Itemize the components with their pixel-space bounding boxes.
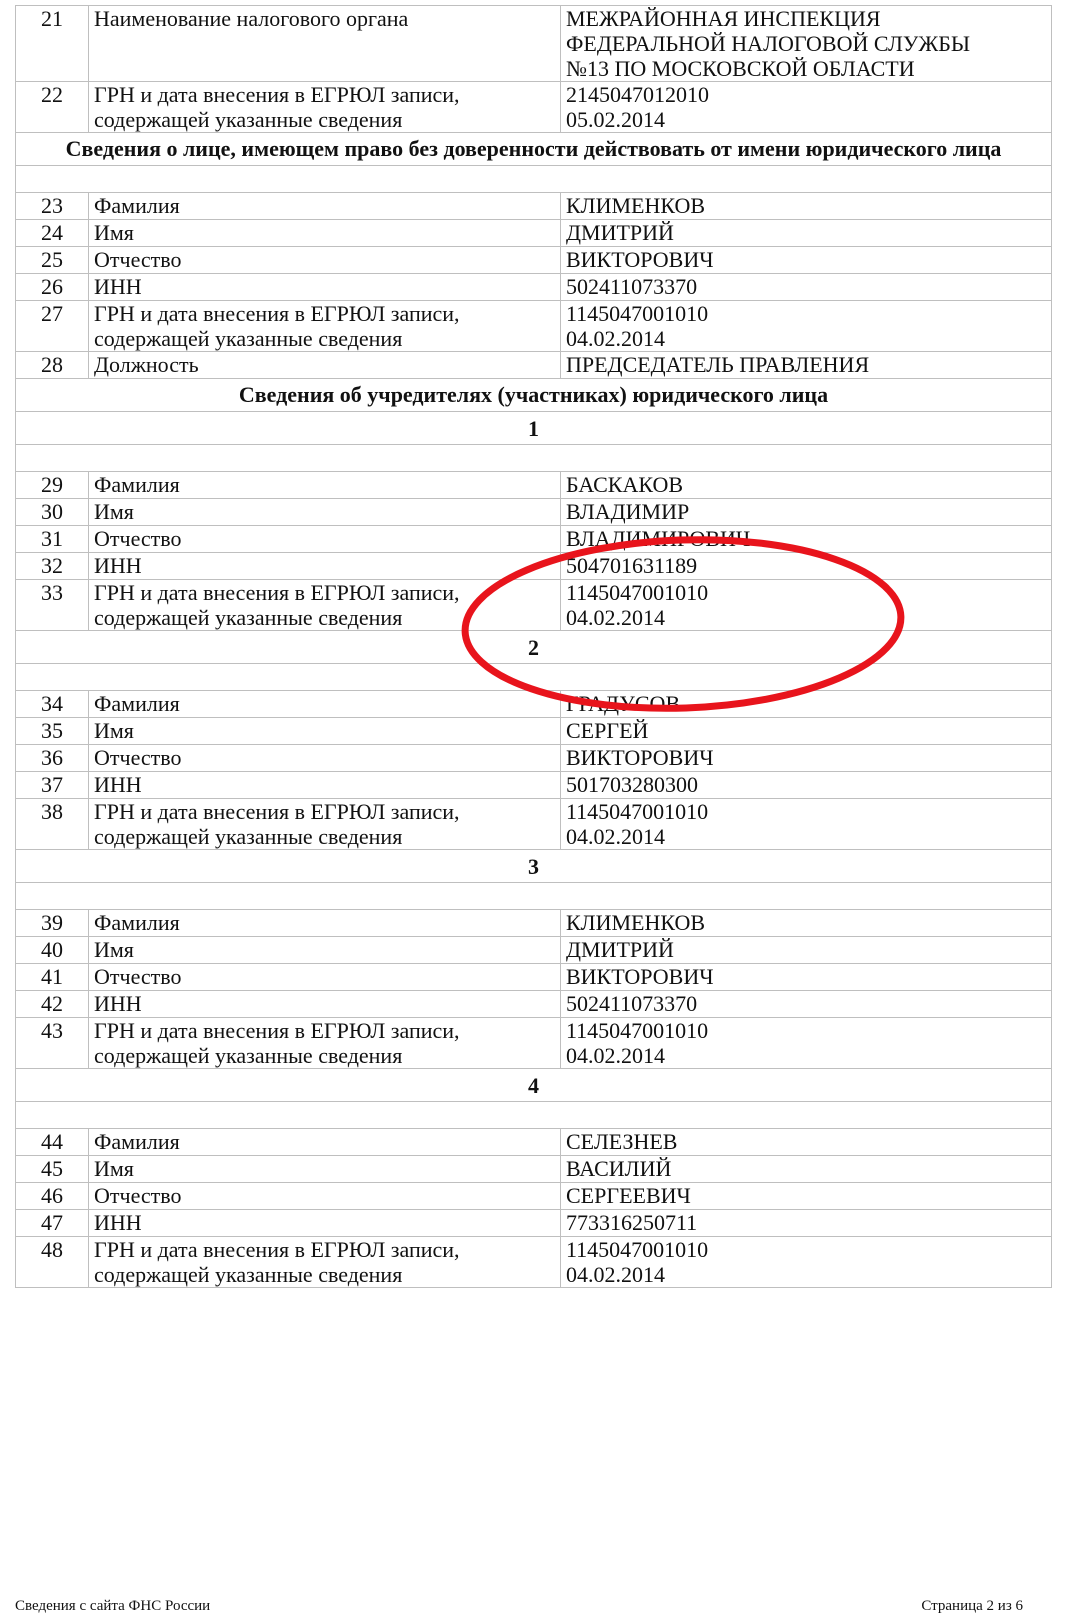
field-value-line: 1145047001010 — [566, 1237, 1046, 1262]
table-row: 36ОтчествоВИКТОРОВИЧ — [16, 745, 1052, 772]
field-value-line: 1145047001010 — [566, 580, 1046, 605]
field-label: ГРН и дата внесения в ЕГРЮЛ записи, соде… — [89, 580, 561, 631]
field-value: СЕЛЕЗНЕВ — [561, 1129, 1052, 1156]
row-number: 36 — [16, 745, 89, 772]
field-label: Отчество — [89, 1183, 561, 1210]
founder-index: 4 — [16, 1069, 1052, 1102]
field-value: СЕРГЕЙ — [561, 718, 1052, 745]
field-value-line: БАСКАКОВ — [566, 472, 1046, 497]
field-label: Наименование налогового органа — [89, 6, 561, 82]
table-row: 41ОтчествоВИКТОРОВИЧ — [16, 964, 1052, 991]
table-row: 24ИмяДМИТРИЙ — [16, 220, 1052, 247]
row-number: 38 — [16, 799, 89, 850]
field-label: ИНН — [89, 553, 561, 580]
row-number: 26 — [16, 274, 89, 301]
field-label: Отчество — [89, 964, 561, 991]
table-row: 27ГРН и дата внесения в ЕГРЮЛ записи, со… — [16, 301, 1052, 352]
founder-index-row: 1 — [16, 412, 1052, 445]
field-value-line: ВИКТОРОВИЧ — [566, 745, 1046, 770]
field-value-line: ФЕДЕРАЛЬНОЙ НАЛОГОВОЙ СЛУЖБЫ — [566, 31, 1046, 56]
field-label: Фамилия — [89, 691, 561, 718]
row-number: 22 — [16, 82, 89, 133]
field-label: Имя — [89, 499, 561, 526]
field-label: ИНН — [89, 772, 561, 799]
row-number: 46 — [16, 1183, 89, 1210]
blank-spacer-row — [16, 883, 1052, 910]
row-number: 37 — [16, 772, 89, 799]
blank-spacer-row — [16, 166, 1052, 193]
row-number: 41 — [16, 964, 89, 991]
field-value-line: ВИКТОРОВИЧ — [566, 247, 1046, 272]
field-label: Имя — [89, 718, 561, 745]
field-value: ПРЕДСЕДАТЕЛЬ ПРАВЛЕНИЯ — [561, 352, 1052, 379]
row-number: 39 — [16, 910, 89, 937]
field-label: ГРН и дата внесения в ЕГРЮЛ записи, соде… — [89, 799, 561, 850]
row-number: 27 — [16, 301, 89, 352]
table-row: 37ИНН501703280300 — [16, 772, 1052, 799]
field-label: ИНН — [89, 1210, 561, 1237]
field-value-line: 501703280300 — [566, 772, 1046, 797]
field-label: Имя — [89, 937, 561, 964]
blank-spacer — [16, 445, 1052, 472]
section-title-founders-row: Сведения об учредителях (участниках) юри… — [16, 379, 1052, 412]
field-value: ВЛАДИМИРОВИЧ — [561, 526, 1052, 553]
row-number: 35 — [16, 718, 89, 745]
row-number: 31 — [16, 526, 89, 553]
field-label: Фамилия — [89, 193, 561, 220]
field-value-line: 04.02.2014 — [566, 1043, 1046, 1068]
footer-source: Сведения с сайта ФНС России — [15, 1598, 210, 1615]
field-label: Фамилия — [89, 910, 561, 937]
blank-spacer — [16, 166, 1052, 193]
row-number: 47 — [16, 1210, 89, 1237]
founder-index-row: 4 — [16, 1069, 1052, 1102]
field-value: ГРАДУСОВ — [561, 691, 1052, 718]
field-label: ИНН — [89, 274, 561, 301]
field-label: ГРН и дата внесения в ЕГРЮЛ записи, соде… — [89, 1237, 561, 1288]
table-row: 48ГРН и дата внесения в ЕГРЮЛ записи, со… — [16, 1237, 1052, 1288]
field-value-line: 04.02.2014 — [566, 1262, 1046, 1287]
field-label: Имя — [89, 1156, 561, 1183]
egrul-extract-page: 21Наименование налогового органаМЕЖРАЙОН… — [15, 5, 1051, 1288]
field-value-line: КЛИМЕНКОВ — [566, 193, 1046, 218]
field-value: ВИКТОРОВИЧ — [561, 745, 1052, 772]
field-value: 114504700101004.02.2014 — [561, 799, 1052, 850]
table-row: 35ИмяСЕРГЕЙ — [16, 718, 1052, 745]
field-value-line: 1145047001010 — [566, 799, 1046, 824]
founder-index: 2 — [16, 631, 1052, 664]
blank-spacer — [16, 1102, 1052, 1129]
row-number: 45 — [16, 1156, 89, 1183]
table-row: 22ГРН и дата внесения в ЕГРЮЛ записи, со… — [16, 82, 1052, 133]
table-row: 23ФамилияКЛИМЕНКОВ — [16, 193, 1052, 220]
field-value-line: СЕРГЕЕВИЧ — [566, 1183, 1046, 1208]
egrul-table-body: 21Наименование налогового органаМЕЖРАЙОН… — [16, 6, 1052, 1288]
field-value: КЛИМЕНКОВ — [561, 193, 1052, 220]
footer-page-number: Страница 2 из 6 — [921, 1598, 1023, 1615]
field-value-line: 04.02.2014 — [566, 605, 1046, 630]
table-row: 25ОтчествоВИКТОРОВИЧ — [16, 247, 1052, 274]
field-value: 504701631189 — [561, 553, 1052, 580]
table-row: 40ИмяДМИТРИЙ — [16, 937, 1052, 964]
field-value-line: 504701631189 — [566, 553, 1046, 578]
row-number: 48 — [16, 1237, 89, 1288]
field-value-line: 1145047001010 — [566, 301, 1046, 326]
founder-index: 3 — [16, 850, 1052, 883]
field-label: Должность — [89, 352, 561, 379]
table-row: 38ГРН и дата внесения в ЕГРЮЛ записи, со… — [16, 799, 1052, 850]
field-value-line: 04.02.2014 — [566, 824, 1046, 849]
field-value: 114504700101004.02.2014 — [561, 301, 1052, 352]
field-label: Отчество — [89, 247, 561, 274]
field-label: Фамилия — [89, 472, 561, 499]
row-number: 24 — [16, 220, 89, 247]
table-row: 45ИмяВАСИЛИЙ — [16, 1156, 1052, 1183]
field-value-line: ДМИТРИЙ — [566, 220, 1046, 245]
founder-index-row: 2 — [16, 631, 1052, 664]
field-value-line: 773316250711 — [566, 1210, 1046, 1235]
field-value-line: ДМИТРИЙ — [566, 937, 1046, 962]
field-value-line: ВЛАДИМИРОВИЧ — [566, 526, 1046, 551]
field-value: ВЛАДИМИР — [561, 499, 1052, 526]
table-row: 33ГРН и дата внесения в ЕГРЮЛ записи, со… — [16, 580, 1052, 631]
field-value: МЕЖРАЙОННАЯ ИНСПЕКЦИЯФЕДЕРАЛЬНОЙ НАЛОГОВ… — [561, 6, 1052, 82]
field-value: ДМИТРИЙ — [561, 220, 1052, 247]
field-value: КЛИМЕНКОВ — [561, 910, 1052, 937]
table-row: 28ДолжностьПРЕДСЕДАТЕЛЬ ПРАВЛЕНИЯ — [16, 352, 1052, 379]
field-value: 114504700101004.02.2014 — [561, 1018, 1052, 1069]
table-row: 39ФамилияКЛИМЕНКОВ — [16, 910, 1052, 937]
field-label: ИНН — [89, 991, 561, 1018]
field-value-line: ВАСИЛИЙ — [566, 1156, 1046, 1181]
field-value: ВИКТОРОВИЧ — [561, 964, 1052, 991]
field-value-line: №13 ПО МОСКОВСКОЙ ОБЛАСТИ — [566, 56, 1046, 81]
table-row: 31ОтчествоВЛАДИМИРОВИЧ — [16, 526, 1052, 553]
field-value: 501703280300 — [561, 772, 1052, 799]
field-value: 502411073370 — [561, 274, 1052, 301]
table-row: 46ОтчествоСЕРГЕЕВИЧ — [16, 1183, 1052, 1210]
blank-spacer — [16, 883, 1052, 910]
field-value-line: СЕРГЕЙ — [566, 718, 1046, 743]
founder-index-row: 3 — [16, 850, 1052, 883]
row-number: 34 — [16, 691, 89, 718]
field-value: 773316250711 — [561, 1210, 1052, 1237]
field-value-line: ПРЕДСЕДАТЕЛЬ ПРАВЛЕНИЯ — [566, 352, 1046, 377]
table-row: 34ФамилияГРАДУСОВ — [16, 691, 1052, 718]
field-value-line: 502411073370 — [566, 274, 1046, 299]
blank-spacer-row — [16, 1102, 1052, 1129]
field-value-line: 04.02.2014 — [566, 326, 1046, 351]
row-number: 29 — [16, 472, 89, 499]
row-number: 33 — [16, 580, 89, 631]
field-value-line: 502411073370 — [566, 991, 1046, 1016]
field-value: СЕРГЕЕВИЧ — [561, 1183, 1052, 1210]
founder-index: 1 — [16, 412, 1052, 445]
field-label: ГРН и дата внесения в ЕГРЮЛ записи, соде… — [89, 82, 561, 133]
field-value: 114504700101004.02.2014 — [561, 1237, 1052, 1288]
table-row: 43ГРН и дата внесения в ЕГРЮЛ записи, со… — [16, 1018, 1052, 1069]
field-value-line: 1145047001010 — [566, 1018, 1046, 1043]
table-row: 44ФамилияСЕЛЕЗНЕВ — [16, 1129, 1052, 1156]
row-number: 44 — [16, 1129, 89, 1156]
table-row: 21Наименование налогового органаМЕЖРАЙОН… — [16, 6, 1052, 82]
blank-spacer — [16, 664, 1052, 691]
field-value-line: ВИКТОРОВИЧ — [566, 964, 1046, 989]
field-value: 502411073370 — [561, 991, 1052, 1018]
field-value: 214504701201005.02.2014 — [561, 82, 1052, 133]
field-value: БАСКАКОВ — [561, 472, 1052, 499]
blank-spacer-row — [16, 664, 1052, 691]
field-label: Имя — [89, 220, 561, 247]
table-row: 42ИНН502411073370 — [16, 991, 1052, 1018]
field-label: Отчество — [89, 526, 561, 553]
field-value-line: ВЛАДИМИР — [566, 499, 1046, 524]
row-number: 32 — [16, 553, 89, 580]
row-number: 30 — [16, 499, 89, 526]
blank-spacer-row — [16, 445, 1052, 472]
table-row: 26ИНН502411073370 — [16, 274, 1052, 301]
row-number: 23 — [16, 193, 89, 220]
row-number: 28 — [16, 352, 89, 379]
field-value-line: МЕЖРАЙОННАЯ ИНСПЕКЦИЯ — [566, 6, 1046, 31]
section-title-founders: Сведения об учредителях (участниках) юри… — [16, 379, 1052, 412]
row-number: 43 — [16, 1018, 89, 1069]
field-value-line: 2145047012010 — [566, 82, 1046, 107]
field-value: ВАСИЛИЙ — [561, 1156, 1052, 1183]
field-label: Отчество — [89, 745, 561, 772]
field-value: 114504700101004.02.2014 — [561, 580, 1052, 631]
table-row: 32ИНН504701631189 — [16, 553, 1052, 580]
row-number: 25 — [16, 247, 89, 274]
section-title-director-row: Сведения о лице, имеющем право без довер… — [16, 133, 1052, 166]
field-label: ГРН и дата внесения в ЕГРЮЛ записи, соде… — [89, 301, 561, 352]
row-number: 21 — [16, 6, 89, 82]
field-label: ГРН и дата внесения в ЕГРЮЛ записи, соде… — [89, 1018, 561, 1069]
field-value-line: ГРАДУСОВ — [566, 691, 1046, 716]
field-value-line: КЛИМЕНКОВ — [566, 910, 1046, 935]
section-title-director: Сведения о лице, имеющем право без довер… — [16, 133, 1052, 166]
egrul-table: 21Наименование налогового органаМЕЖРАЙОН… — [15, 5, 1052, 1288]
field-value: ВИКТОРОВИЧ — [561, 247, 1052, 274]
table-row: 29ФамилияБАСКАКОВ — [16, 472, 1052, 499]
field-value-line: СЕЛЕЗНЕВ — [566, 1129, 1046, 1154]
row-number: 42 — [16, 991, 89, 1018]
field-value-line: 05.02.2014 — [566, 107, 1046, 132]
field-label: Фамилия — [89, 1129, 561, 1156]
table-row: 47ИНН773316250711 — [16, 1210, 1052, 1237]
table-row: 30ИмяВЛАДИМИР — [16, 499, 1052, 526]
field-value: ДМИТРИЙ — [561, 937, 1052, 964]
row-number: 40 — [16, 937, 89, 964]
